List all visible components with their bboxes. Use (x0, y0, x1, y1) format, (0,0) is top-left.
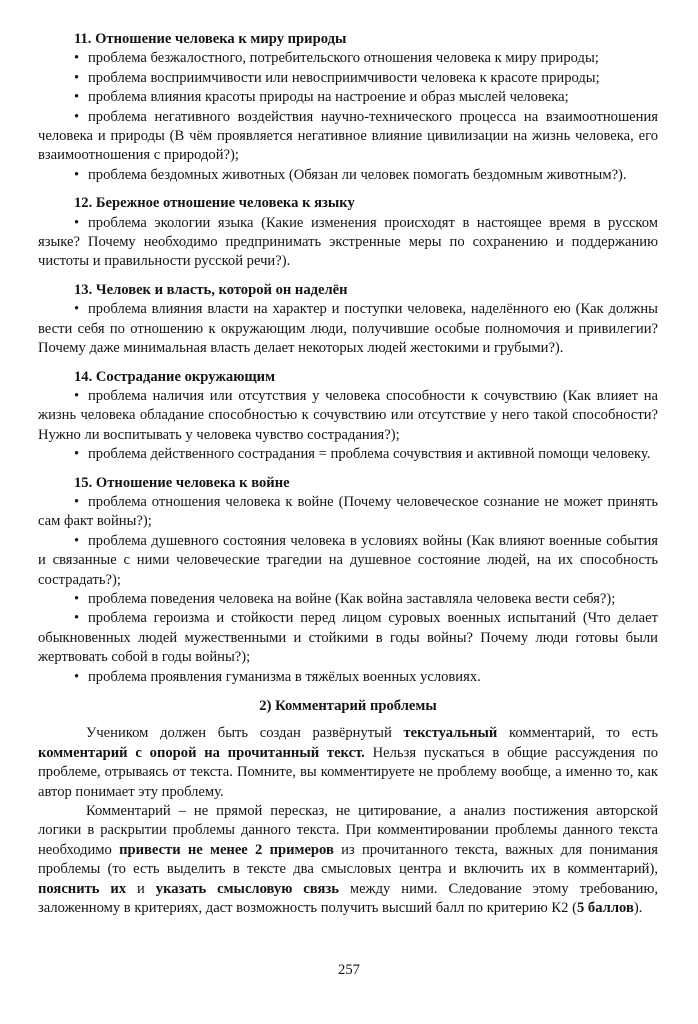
section-heading: 13. Человек и власть, которой он наделён (38, 281, 658, 300)
list-item: •проблема отношения человека к войне (По… (38, 493, 658, 532)
list-item: •проблема действенного сострадания = про… (38, 445, 658, 464)
comment-paragraph-1: Учеником должен быть создан развёрнутый … (38, 724, 658, 802)
section-15: 15. Отношение человека к войне •проблема… (38, 474, 658, 687)
bullet-icon: • (74, 445, 88, 464)
section-heading: 14. Сострадание окружающим (38, 368, 658, 387)
emphasis: привести не менее 2 примеров (119, 842, 334, 858)
bullet-icon: • (74, 49, 88, 68)
section-11: 11. Отношение человека к миру природы •п… (38, 30, 658, 185)
emphasis: пояснить их (38, 881, 126, 897)
list-item: •проблема безжалостного, потребительског… (38, 49, 658, 68)
document-page: 11. Отношение человека к миру природы •п… (38, 30, 658, 918)
emphasis: указать смысловую связь (156, 881, 339, 897)
section-heading: 12. Бережное отношение человека к языку (38, 194, 658, 213)
comment-heading: 2) Комментарий проблемы (38, 697, 658, 716)
list-item: •проблема бездомных животных (Обязан ли … (38, 166, 658, 185)
emphasis: комментарий с опорой на прочитанный текс… (38, 745, 365, 761)
list-item: •проблема экологии языка (Какие изменени… (38, 214, 658, 272)
list-item: •проблема восприимчивости или невосприим… (38, 69, 658, 88)
page-number: 257 (0, 962, 698, 979)
bullet-icon: • (74, 609, 88, 628)
list-item: •проблема негативного воздействия научно… (38, 108, 658, 166)
list-item: •проблема героизма и стойкости перед лиц… (38, 609, 658, 667)
list-item: •проблема поведения человека на войне (К… (38, 590, 658, 609)
section-13: 13. Человек и власть, которой он наделён… (38, 281, 658, 359)
list-item: •проблема влияния власти на характер и п… (38, 300, 658, 358)
section-heading: 11. Отношение человека к миру природы (38, 30, 658, 49)
bullet-icon: • (74, 668, 88, 687)
list-item: •проблема душевного состояния человека в… (38, 532, 658, 590)
bullet-icon: • (74, 387, 88, 406)
bullet-icon: • (74, 69, 88, 88)
bullet-icon: • (74, 532, 88, 551)
list-item: •проблема влияния красоты природы на нас… (38, 88, 658, 107)
bullet-icon: • (74, 590, 88, 609)
section-heading: 15. Отношение человека к войне (38, 474, 658, 493)
section-12: 12. Бережное отношение человека к языку … (38, 194, 658, 272)
emphasis: 5 баллов (577, 900, 634, 916)
bullet-icon: • (74, 88, 88, 107)
bullet-icon: • (74, 214, 88, 233)
comment-paragraph-2: Комментарий – не прямой пересказ, не цит… (38, 802, 658, 918)
emphasis: текстуальный (403, 725, 497, 741)
bullet-icon: • (74, 108, 88, 127)
bullet-icon: • (74, 166, 88, 185)
section-14: 14. Сострадание окружающим •проблема нал… (38, 368, 658, 465)
list-item: •проблема проявления гуманизма в тяжёлых… (38, 668, 658, 687)
list-item: •проблема наличия или отсутствия у челов… (38, 387, 658, 445)
bullet-icon: • (74, 300, 88, 319)
bullet-icon: • (74, 493, 88, 512)
